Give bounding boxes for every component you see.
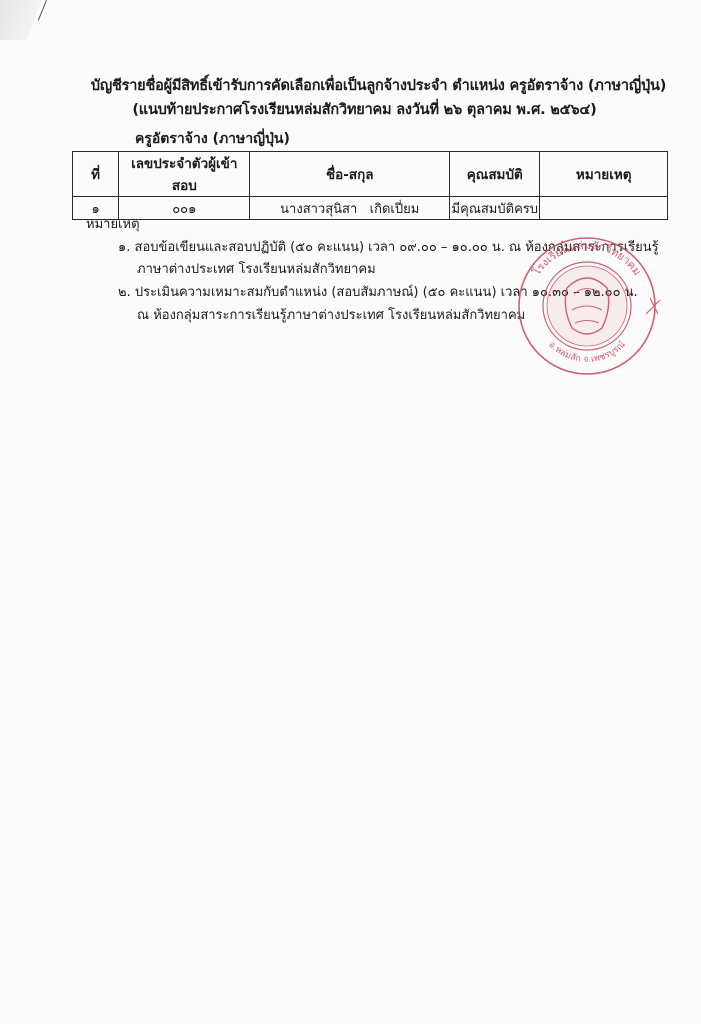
note-1-line-2: ภาษาต่างประเทศ โรงเรียนหล่มสักวิทยาคม bbox=[137, 258, 376, 279]
table-row: ๑ ๐๐๑ นางสาวสุนิสา เกิดเปี่ยม มีคุณสมบัต… bbox=[73, 197, 668, 220]
document-subtitle: (แนบท้ายประกาศโรงเรียนหล่มสักวิทยาคม ลงว… bbox=[14, 98, 701, 121]
cell-name: นางสาวสุนิสา เกิดเปี่ยม bbox=[250, 197, 450, 220]
header-remark: หมายเหตุ bbox=[540, 152, 668, 197]
cell-qualification: มีคุณสมบัติครบ bbox=[450, 197, 540, 220]
paper-fold-shadow bbox=[0, 0, 60, 40]
document-title: บัญชีรายชื่อผู้มีสิทธิ์เข้ารับการคัดเลือ… bbox=[28, 74, 701, 97]
notes-label: หมายเหตุ bbox=[86, 213, 140, 234]
seal-icon: โรงเรียนหล่มสักวิทยาคม อ.หล่มสัก จ.เพชรบ… bbox=[512, 228, 662, 378]
header-name: ชื่อ-สกุล bbox=[250, 152, 450, 197]
note-2-line-2: ณ ห้องกลุ่มสาระการเรียนรู้ภาษาต่างประเทศ… bbox=[137, 304, 525, 325]
school-seal-stamp: โรงเรียนหล่มสักวิทยาคม อ.หล่มสัก จ.เพชรบ… bbox=[512, 228, 662, 378]
header-exam-id: เลขประจำตัวผู้เข้าสอบ bbox=[119, 152, 250, 197]
header-no: ที่ bbox=[73, 152, 119, 197]
candidate-table: ที่ เลขประจำตัวผู้เข้าสอบ ชื่อ-สกุล คุณส… bbox=[72, 151, 668, 220]
section-title: ครูอัตราจ้าง (ภาษาญี่ปุ่น) bbox=[135, 128, 290, 150]
table-header-row: ที่ เลขประจำตัวผู้เข้าสอบ ชื่อ-สกุล คุณส… bbox=[73, 152, 668, 197]
cell-remark bbox=[540, 197, 668, 220]
header-qualification: คุณสมบัติ bbox=[450, 152, 540, 197]
